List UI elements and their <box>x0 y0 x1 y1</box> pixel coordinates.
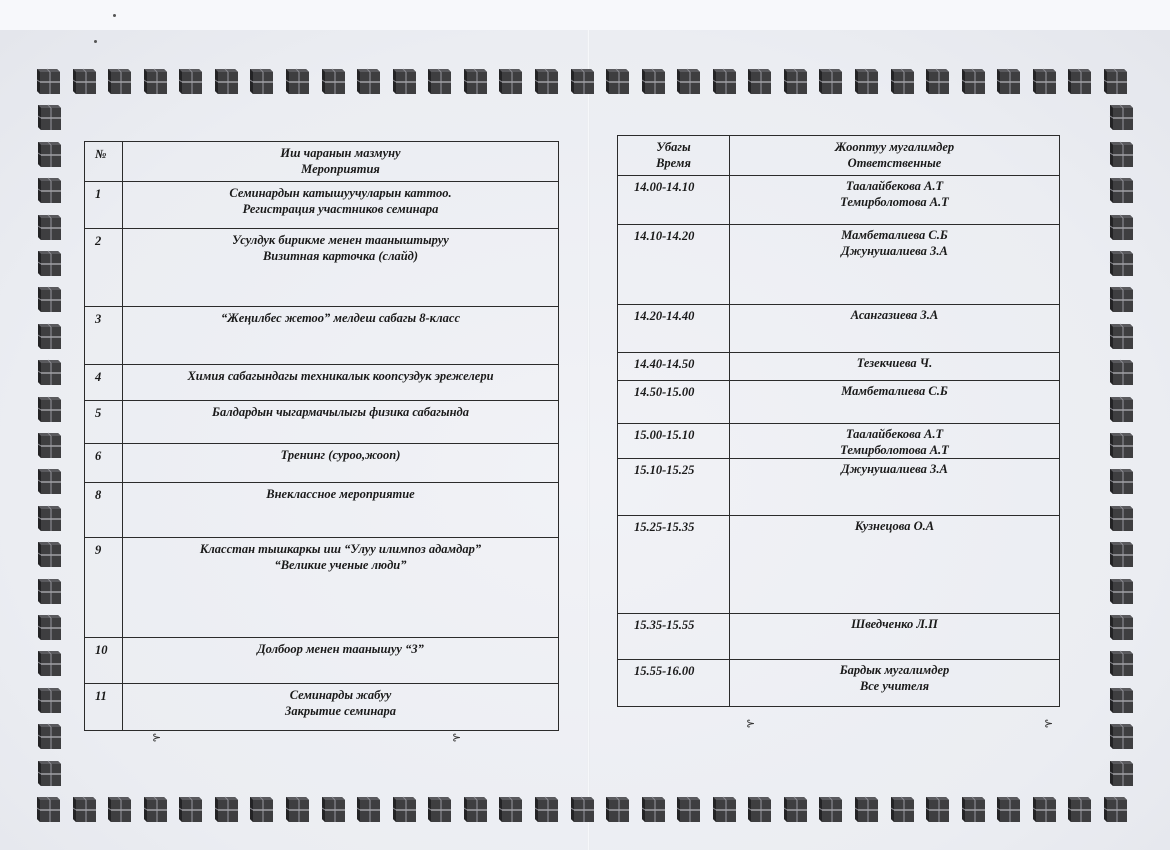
gift-box-icon <box>815 796 842 822</box>
gift-box-icon <box>1106 286 1133 312</box>
gift-box-icon <box>389 796 416 822</box>
time-cell: 15.10-15.25 <box>618 459 730 516</box>
gift-box-icon <box>69 68 96 94</box>
speck <box>94 40 97 43</box>
gift-box-icon <box>887 68 914 94</box>
activities-table: № Иш чаранын мазмуну Мероприятия 1Семина… <box>84 141 559 731</box>
gift-box-icon <box>1106 541 1133 567</box>
table-row: 15.55-16.00Бардык мугалимдерВсе учителя <box>618 660 1060 707</box>
gift-box-icon <box>353 68 380 94</box>
gift-box-icon <box>34 650 61 676</box>
gift-box-icon <box>34 396 61 422</box>
row-number: 2 <box>85 229 123 307</box>
table-row: 14.00-14.10Таалайбекова А.ТТемирболотова… <box>618 176 1060 225</box>
activity-cell: “Жеңилбес жетоо” мелдеш сабагы 8-класс <box>123 307 559 365</box>
gift-box-icon <box>1106 396 1133 422</box>
activity-cell: Семинарды жабууЗакрытие семинара <box>123 684 559 731</box>
gift-box-icon <box>34 760 61 786</box>
gift-box-icon <box>1106 323 1133 349</box>
row-number: 9 <box>85 538 123 638</box>
gift-box-icon <box>1106 760 1133 786</box>
gift-box-icon <box>460 796 487 822</box>
gift-box-icon <box>34 177 61 203</box>
time-cell: 14.10-14.20 <box>618 225 730 305</box>
gift-box-icon <box>211 68 238 94</box>
gift-box-icon <box>282 796 309 822</box>
gift-box-icon <box>353 796 380 822</box>
activity-cell: Внеклассное мероприятие <box>123 483 559 538</box>
table-row: 5Балдардын чыгармачылыгы физика сабагынд… <box>85 401 559 444</box>
time-cell: 14.40-14.50 <box>618 353 730 381</box>
gift-box-icon <box>211 796 238 822</box>
gift-box-icon <box>531 796 558 822</box>
gift-box-icon <box>1106 505 1133 531</box>
table-header-row: Убагы Время Жооптуу мугалимдер Ответстве… <box>618 136 1060 176</box>
table-row: 15.00-15.10Таалайбекова А.ТТемирболотова… <box>618 424 1060 459</box>
gift-box-icon <box>34 687 61 713</box>
gift-box-icon <box>993 796 1020 822</box>
gift-box-icon <box>1064 796 1091 822</box>
responsible-cell: Тезекчиева Ч. <box>730 353 1060 381</box>
gift-box-icon <box>495 68 522 94</box>
arrow-mark-icon: ⊱ <box>1044 717 1053 730</box>
row-number: 5 <box>85 401 123 444</box>
responsible-cell: Мамбеталиева С.Б <box>730 381 1060 424</box>
table-row: 14.10-14.20Мамбеталиева С.БДжунушалиева … <box>618 225 1060 305</box>
gift-box-icon <box>567 796 594 822</box>
table-row: 15.35-15.55Шведченко Л.П <box>618 614 1060 660</box>
gift-box-icon <box>34 214 61 240</box>
gift-box-icon <box>887 796 914 822</box>
header-number: № <box>85 142 123 182</box>
gift-box-icon <box>34 505 61 531</box>
table-header-row: № Иш чаранын мазмуну Мероприятия <box>85 142 559 182</box>
gift-box-icon <box>34 359 61 385</box>
table-row: 14.50-15.00Мамбеталиева С.Б <box>618 381 1060 424</box>
gift-box-icon <box>1106 578 1133 604</box>
gift-box-icon <box>958 68 985 94</box>
gift-box-icon <box>1064 68 1091 94</box>
gift-box-icon <box>1106 468 1133 494</box>
gift-box-icon <box>34 578 61 604</box>
gift-box-icon <box>34 614 61 640</box>
gift-box-icon <box>33 796 60 822</box>
gift-box-icon <box>246 68 273 94</box>
gift-box-icon <box>175 796 202 822</box>
time-cell: 15.35-15.55 <box>618 614 730 660</box>
responsible-cell: Таалайбекова А.ТТемирболотова А.Т <box>730 176 1060 225</box>
gift-box-icon <box>34 723 61 749</box>
gift-box-icon <box>1106 141 1133 167</box>
gift-box-icon <box>602 68 629 94</box>
gift-box-icon <box>1106 723 1133 749</box>
gift-box-icon <box>34 286 61 312</box>
gift-box-icon <box>958 796 985 822</box>
gift-box-icon <box>389 68 416 94</box>
gift-box-icon <box>673 68 700 94</box>
gift-box-icon <box>922 68 949 94</box>
row-number: 11 <box>85 684 123 731</box>
time-cell: 14.50-15.00 <box>618 381 730 424</box>
gift-box-icon <box>34 104 61 130</box>
schedule-table: Убагы Время Жооптуу мугалимдер Ответстве… <box>617 135 1060 707</box>
activity-cell: Класстан тышкаркы иш “Улуу илимпоз адамд… <box>123 538 559 638</box>
gift-box-icon <box>140 68 167 94</box>
table-row: 14.40-14.50Тезекчиева Ч. <box>618 353 1060 381</box>
gift-box-icon <box>424 796 451 822</box>
gift-box-icon <box>851 68 878 94</box>
time-cell: 15.25-15.35 <box>618 516 730 614</box>
responsible-cell: Бардык мугалимдерВсе учителя <box>730 660 1060 707</box>
header-time: Убагы Время <box>618 136 730 176</box>
gift-box-icon <box>567 68 594 94</box>
activity-cell: Усулдук бирикме менен тааныштырууВизитна… <box>123 229 559 307</box>
arrow-mark-icon: ⊱ <box>452 731 461 744</box>
gift-box-icon <box>34 141 61 167</box>
gift-box-icon <box>175 68 202 94</box>
responsible-cell: Шведченко Л.П <box>730 614 1060 660</box>
gift-box-icon <box>69 796 96 822</box>
row-number: 4 <box>85 365 123 401</box>
gift-box-icon <box>104 796 131 822</box>
table-row: 6Тренинг (суроо,жооп) <box>85 444 559 483</box>
time-cell: 15.00-15.10 <box>618 424 730 459</box>
gift-box-icon <box>744 68 771 94</box>
table-row: 11Семинарды жабууЗакрытие семинара <box>85 684 559 731</box>
header-activity: Иш чаранын мазмуну Мероприятия <box>123 142 559 182</box>
row-number: 3 <box>85 307 123 365</box>
speck <box>113 14 116 17</box>
gift-box-icon <box>1106 687 1133 713</box>
gift-box-icon <box>993 68 1020 94</box>
gift-box-icon <box>424 68 451 94</box>
gift-box-icon <box>851 796 878 822</box>
table-row: 2Усулдук бирикме менен тааныштырууВизитн… <box>85 229 559 307</box>
gift-box-icon <box>780 796 807 822</box>
responsible-cell: Асангазиева З.А <box>730 305 1060 353</box>
row-number: 8 <box>85 483 123 538</box>
gift-box-icon <box>318 68 345 94</box>
gift-box-icon <box>815 68 842 94</box>
gift-box-icon <box>709 68 736 94</box>
gift-box-icon <box>638 796 665 822</box>
table-row: 3“Жеңилбес жетоо” мелдеш сабагы 8-класс <box>85 307 559 365</box>
gift-box-icon <box>1106 359 1133 385</box>
arrow-mark-icon: ⊱ <box>746 717 755 730</box>
responsible-cell: Мамбеталиева С.БДжунушалиева З.А <box>730 225 1060 305</box>
gift-box-icon <box>34 541 61 567</box>
gift-box-icon <box>1100 68 1127 94</box>
row-number: 10 <box>85 638 123 684</box>
gift-box-icon <box>1106 650 1133 676</box>
table-row: 1Семинардын катышуучуларын каттоо.Регист… <box>85 182 559 229</box>
gift-box-icon <box>922 796 949 822</box>
table-row: 4Химия сабагындагы техникалык коопсуздук… <box>85 365 559 401</box>
responsible-cell: Таалайбекова А.ТТемирболотова А.Т <box>730 424 1060 459</box>
gift-box-icon <box>495 796 522 822</box>
gift-box-icon <box>34 432 61 458</box>
table-row: 9Класстан тышкаркы иш “Улуу илимпоз адам… <box>85 538 559 638</box>
gift-box-icon <box>246 796 273 822</box>
arrow-mark-icon: ⊱ <box>152 731 161 744</box>
table-row: 15.10-15.25Джунушалиева З.А <box>618 459 1060 516</box>
gift-box-icon <box>1106 104 1133 130</box>
responsible-cell: Джунушалиева З.А <box>730 459 1060 516</box>
gift-box-icon <box>1106 432 1133 458</box>
page-fold <box>587 30 590 850</box>
gift-box-icon <box>1106 614 1133 640</box>
row-number: 1 <box>85 182 123 229</box>
gift-box-icon <box>33 68 60 94</box>
gift-box-icon <box>140 796 167 822</box>
gift-box-icon <box>780 68 807 94</box>
table-row: 10Долбоор менен таанышуу “3” <box>85 638 559 684</box>
gift-box-icon <box>318 796 345 822</box>
activity-cell: Тренинг (суроо,жооп) <box>123 444 559 483</box>
gift-box-icon <box>531 68 558 94</box>
gift-box-icon <box>34 468 61 494</box>
header-responsible: Жооптуу мугалимдер Ответственные <box>730 136 1060 176</box>
time-cell: 15.55-16.00 <box>618 660 730 707</box>
table-row: 15.25-15.35Кузнецова О.А <box>618 516 1060 614</box>
gift-box-icon <box>34 250 61 276</box>
scan-top-strip <box>0 0 1170 30</box>
gift-box-icon <box>282 68 309 94</box>
gift-box-icon <box>1106 177 1133 203</box>
activity-cell: Химия сабагындагы техникалык коопсуздук … <box>123 365 559 401</box>
activity-cell: Семинардын катышуучуларын каттоо.Регистр… <box>123 182 559 229</box>
gift-box-icon <box>1029 796 1056 822</box>
gift-box-icon <box>602 796 629 822</box>
gift-box-icon <box>1106 250 1133 276</box>
gift-box-icon <box>34 323 61 349</box>
time-cell: 14.00-14.10 <box>618 176 730 225</box>
gift-box-icon <box>744 796 771 822</box>
gift-box-icon <box>673 796 700 822</box>
table-row: 8Внеклассное мероприятие <box>85 483 559 538</box>
gift-box-icon <box>1029 68 1056 94</box>
row-number: 6 <box>85 444 123 483</box>
gift-box-icon <box>1106 214 1133 240</box>
gift-box-icon <box>1100 796 1127 822</box>
activity-cell: Балдардын чыгармачылыгы физика сабагында <box>123 401 559 444</box>
gift-box-icon <box>104 68 131 94</box>
gift-box-icon <box>709 796 736 822</box>
responsible-cell: Кузнецова О.А <box>730 516 1060 614</box>
gift-box-icon <box>638 68 665 94</box>
table-row: 14.20-14.40Асангазиева З.А <box>618 305 1060 353</box>
time-cell: 14.20-14.40 <box>618 305 730 353</box>
activity-cell: Долбоор менен таанышуу “3” <box>123 638 559 684</box>
gift-box-icon <box>460 68 487 94</box>
